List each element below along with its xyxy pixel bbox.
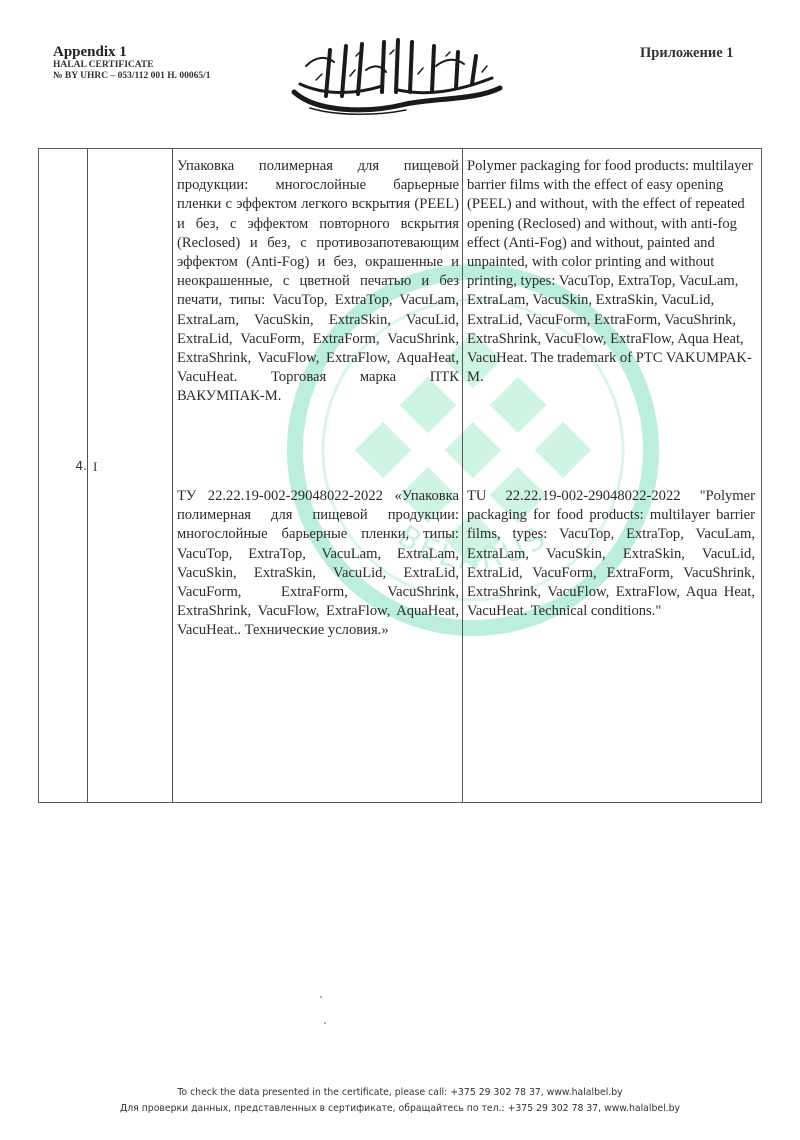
appendix-title-ru: Приложение 1 xyxy=(640,45,734,62)
footer-check-en: To check the data presented in the certi… xyxy=(0,1087,800,1098)
appendix-title: Appendix 1 xyxy=(53,44,211,60)
specification-en-text: TU 22.22.19-002-29048022-2022 "Polymer p… xyxy=(467,487,755,621)
footer-check-ru: Для проверки данных, представленных в се… xyxy=(0,1103,800,1114)
product-description-ru-text: Упаковка полимерная для пищевой продукци… xyxy=(177,157,459,407)
specification-ru: ТУ 22.22.19-002-29048022-2022 «Упаковка … xyxy=(177,487,459,641)
column-divider xyxy=(462,149,463,802)
row-category: I xyxy=(93,459,97,475)
header-left: Appendix 1 HALAL CERTIFICATE № BY UHRC –… xyxy=(53,44,211,82)
product-description-en: Polymer packaging for food products: mul… xyxy=(467,157,755,387)
scan-speck xyxy=(320,996,322,998)
product-description-en-text: Polymer packaging for food products: mul… xyxy=(467,157,755,387)
specification-en: TU 22.22.19-002-29048022-2022 "Polymer p… xyxy=(467,487,755,621)
row-number: 4. xyxy=(39,459,87,473)
column-divider xyxy=(87,149,88,802)
product-description-ru: Упаковка полимерная для пищевой продукци… xyxy=(177,157,459,407)
products-table: 4. I Упаковка полимерная для пищевой про… xyxy=(38,148,762,803)
certificate-label: HALAL CERTIFICATE xyxy=(53,60,211,71)
specification-ru-text: ТУ 22.22.19-002-29048022-2022 «Упаковка … xyxy=(177,487,459,641)
bismillah-calligraphy-icon xyxy=(286,26,506,116)
scan-speck xyxy=(324,1022,326,1024)
certificate-number: № BY UHRC – 053/112 001 H. 00065/1 xyxy=(53,71,211,82)
column-divider xyxy=(172,149,173,802)
